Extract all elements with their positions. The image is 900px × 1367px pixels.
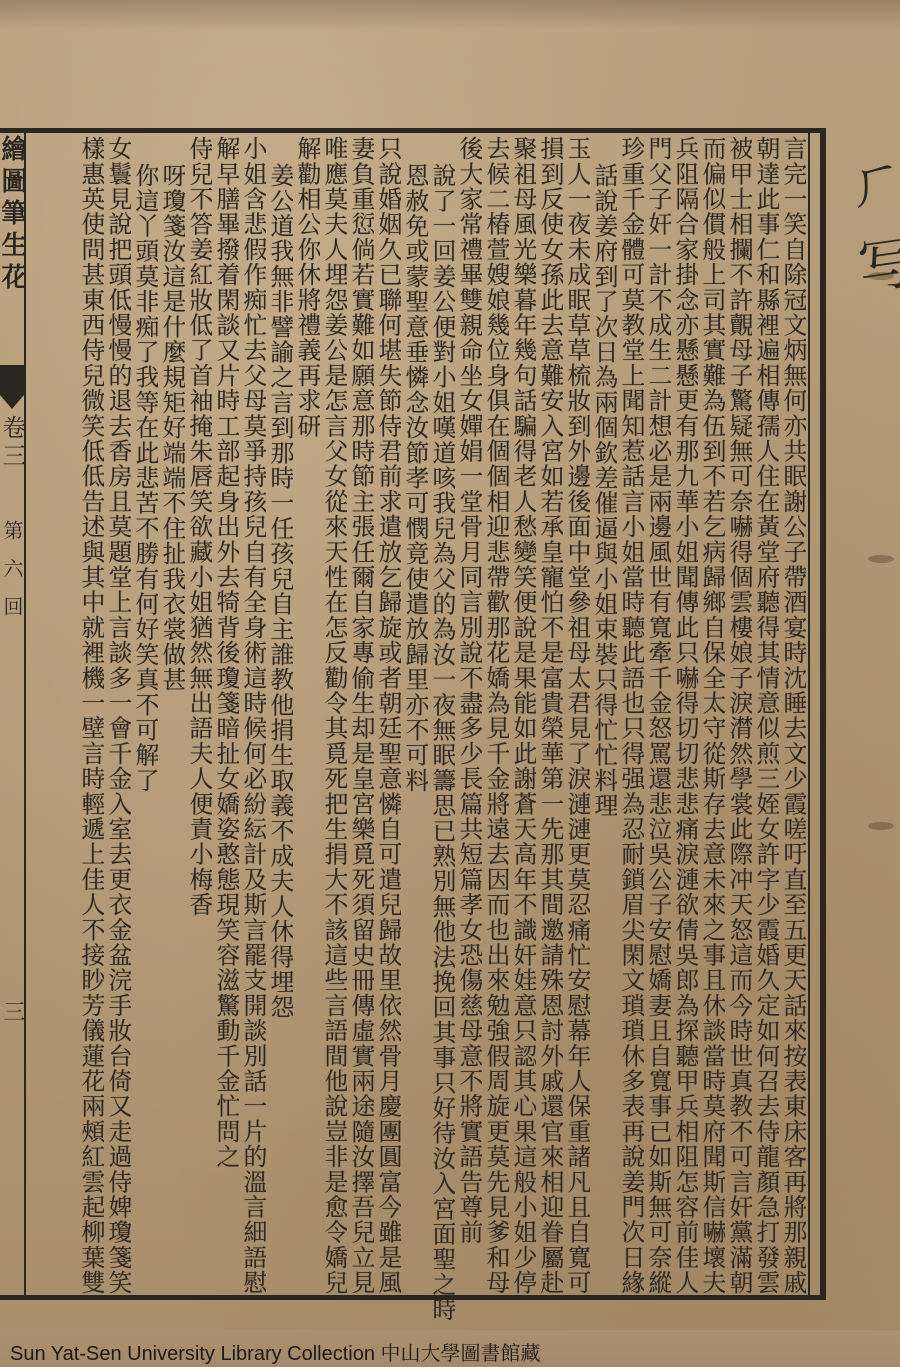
chapter-label: 第六回 xyxy=(0,520,24,670)
text-column: 小姐含悲假作痴忙去父母莫爭持孩兒自有全身術這時候何必紛紜計及斯言罷支開談別話一片… xyxy=(239,136,266,1296)
book-title: 繪圖筆生花 xyxy=(0,135,24,365)
text-column: 說了一回姜公便對小姐嘆道咳我兒為父的為汝一夜無眠籌思已熟別無他法挽回其事只好待汝… xyxy=(428,136,455,1323)
text-column: 話說姜府到了次日為兩個欽差催逼與小姐束裝只得忙忙料理 xyxy=(590,136,617,1323)
text-column: 言完一笑自除冠文炳無何亦共眠謝公子帶酒宴時沈睡去文少霞嗟吁直至五更天話來按表東床… xyxy=(779,136,806,1296)
text-column: 朝達此事仁和縣裡遍相傳孺人住在黃堂府聽得其情意似煎三姪女許字少霞婚久定如何召去侍… xyxy=(752,136,779,1296)
text-column: 姜公道我無非譬諭之言到那時一任孩兒自主誰教他捐生取義不成夫人休得埋怨 xyxy=(266,136,293,1323)
text-column: 樣惠英使問甚東西侍兒微笑低低告述與其中就裡機一壁言時輕遞上佳人不接眇芳儀蓮花兩頰… xyxy=(77,136,104,1296)
leaf-number: 三 xyxy=(0,1000,24,1070)
text-column: 女鬟見說把頭低慢慢的退去香房且莫題堂上言談多一會千金入室去更衣金盆浣手妝台倚又走… xyxy=(104,136,131,1296)
text-column: 解早膳畢撥着閑談又片時工部起身出外去犄背後瓊箋暗扯女嬌姿憨態現笑容滋驚動千金忙問… xyxy=(212,136,239,1296)
fish-tail-icon xyxy=(0,395,24,409)
scan-shadow xyxy=(0,0,900,30)
text-column: 只說婚姻久已聯何堪失節侍君前求遣放乞歸旋或者朝廷聖意憐自可遣兒歸故里依然骨月慶團… xyxy=(374,136,401,1296)
text-column: 侍兒不答姜紅妝低了首袖掩朱唇笑欲藏小姐猶然無出語夫人便責小梅香 xyxy=(185,136,212,1296)
text-column: 而偏似𠍿般上司其實難為伍到不若乞病歸鄉自保全太守從斯存去意未來之事且休談當時莫府… xyxy=(698,136,725,1296)
text-column: 去候二椿萱嫂娘幾位身俱在個個相迎悲帶歡那花嬌為見千金將遠去因而也出來勉強假周旋更… xyxy=(482,136,509,1296)
banxin-rule xyxy=(24,128,26,1300)
paper-tear-icon xyxy=(868,822,894,830)
frame-inner-rule xyxy=(808,133,810,1295)
text-column: 珍重千金體可莫教堂上聞知惹話言小姐當時聽此語也只得强為忍耐鎖眉尖閑文瑣瑣休多表再… xyxy=(617,136,644,1296)
collection-credit: Sun Yat-Sen University Library Collectio… xyxy=(10,1337,541,1366)
paper-tear-icon xyxy=(868,272,894,280)
text-column: 兵阻隔合家掛念亦懸懸更有那九華小姐聞傳此只嚇得切切悲悲痛淚漣欲倩吳郎為探聽甲兵相… xyxy=(671,136,698,1296)
text-column: 恩赦免或蒙聖意垂憐念汝節孝可憫竟使遣放歸里亦不可料 xyxy=(401,136,428,1323)
text-column: 妻負重愆倘若實難如願意那時節主張任爾自家專偷生却是皇宮樂覓死須留史冊傳虛實兩途隨… xyxy=(347,136,374,1296)
text-column: 損到反使女孫此去意難安入宮如若承皇寵怕不是富貴榮華第一先那其間邀請殊恩討外戚還官… xyxy=(536,136,563,1296)
paper-tear-icon xyxy=(868,555,894,563)
text-column: 被甲士相攔不許覿母子驚疑無可奈嚇得個雲樓娘子淚潸然學裳此際冲天怒這而今時世真教不… xyxy=(725,136,752,1296)
text-column: 聚祖母風光樂暮年幾句話騙得老人愁變笑便說是果能如此謝蒼天高年不識奸娃意只認其心果… xyxy=(509,136,536,1296)
volume-label: 卷三 xyxy=(0,415,24,515)
text-column: 後大家常禮畢雙親命坐女嬋娟一堂骨月同言別說不盡多少長篇共短篇孝女恐傷慈母意不將實… xyxy=(455,136,482,1296)
fish-tail-mark xyxy=(0,365,24,395)
text-column: 你這丫頭莫非痴了我等在此悲苦不勝有何好笑真不可解了 xyxy=(131,136,158,1323)
text-column: 門父子奸一計不成生二計想必是兩邊風世有寬牽千金怒罵還悲泣吳公子安慰嬌妻且自寬事已… xyxy=(644,136,671,1296)
text-columns: 言完一笑自除冠文炳無何亦共眠謝公子帶酒宴時沈睡去文少霞嗟吁直至五更天話來按表東床… xyxy=(30,136,806,1296)
text-column: 玉人一夜未成眠草草梳妝到外邊後面中堂參祖母太君見了淚漣漣更莫忍痛忙安慰幕年人保重… xyxy=(563,136,590,1296)
text-column: 解勸相公你休將禮義再求研 xyxy=(293,136,320,1296)
text-column: 唯應莫夫人埋怨姜公是怎言父女從來天性在怎反勸令其覓死把生捐大不該這些言語間他說豈… xyxy=(320,136,347,1296)
text-column: 呀瓊箋汝這是什麼規矩好端端不住扯我衣裳做甚 xyxy=(158,136,185,1323)
